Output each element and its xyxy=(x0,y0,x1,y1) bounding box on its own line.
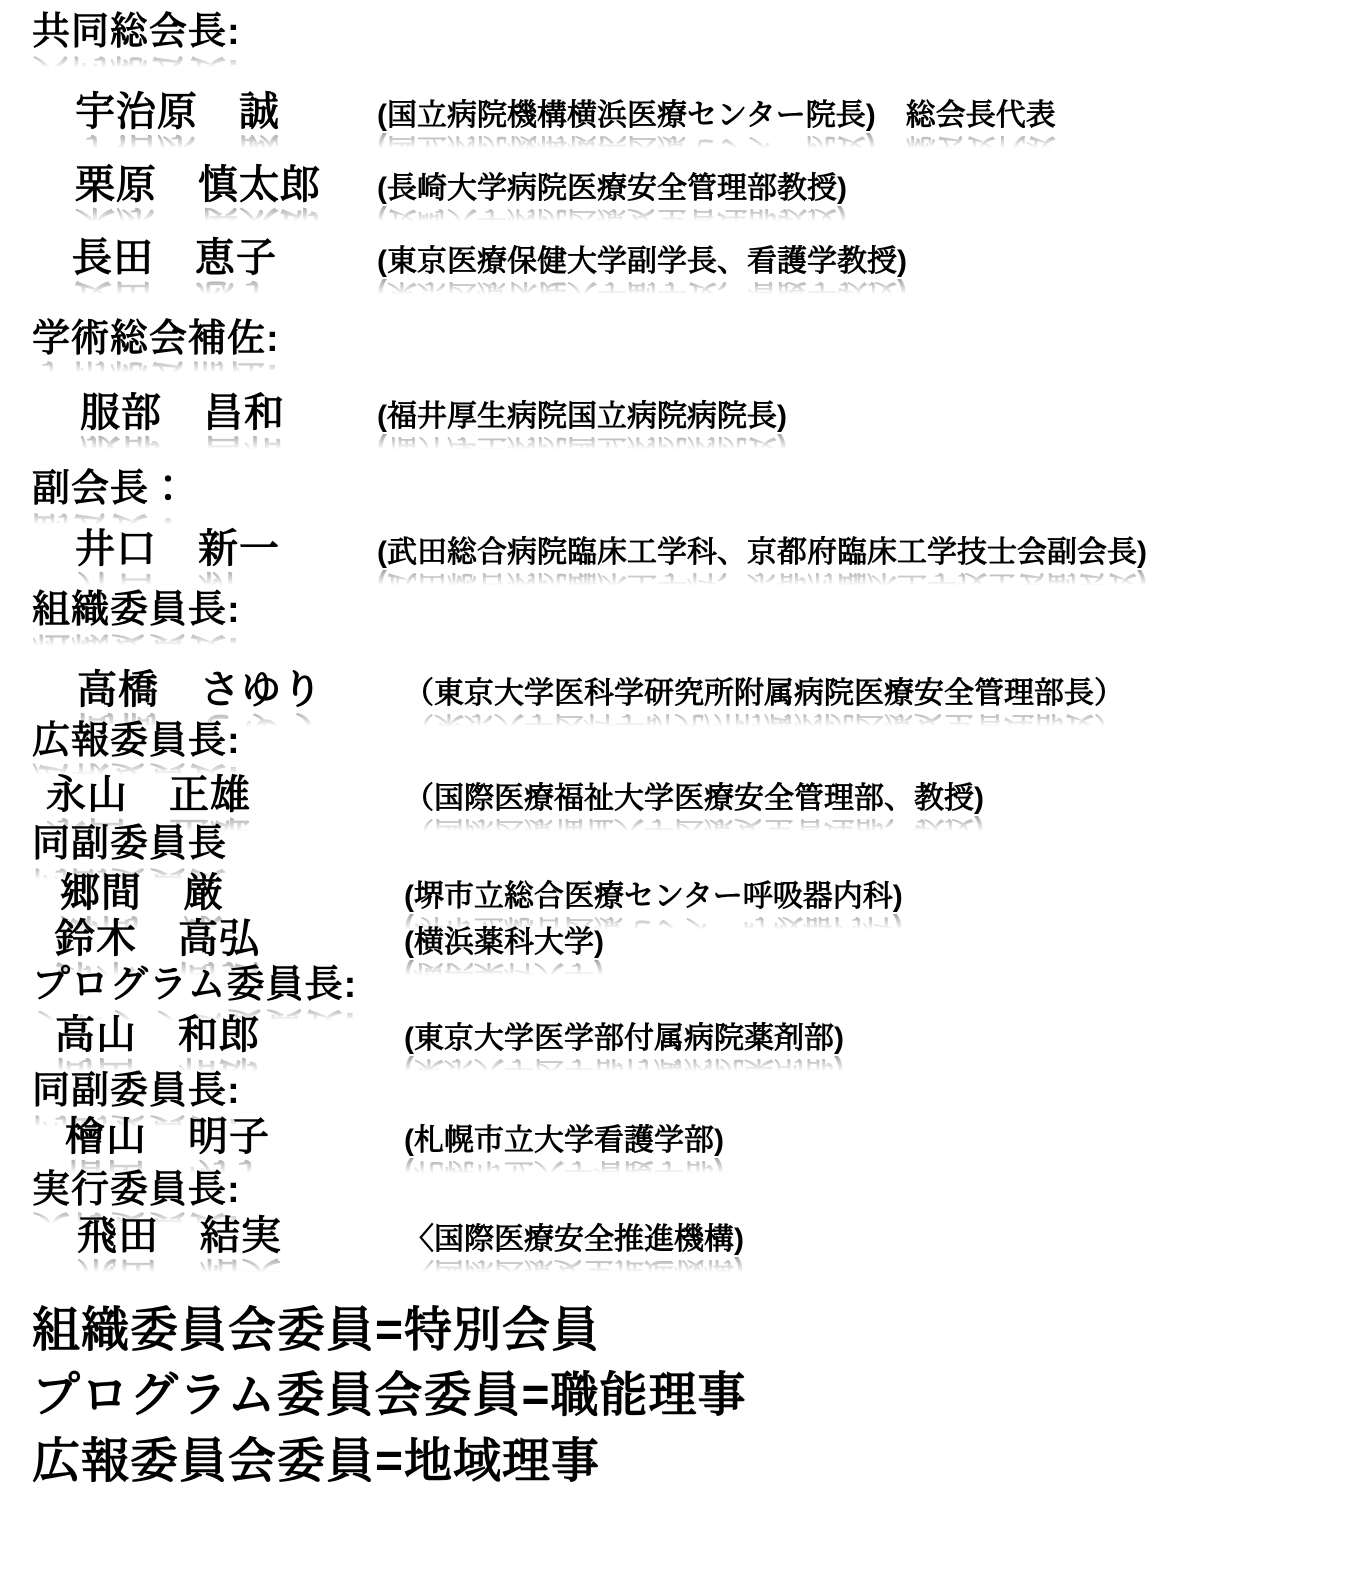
member-row: 郷間 厳 (堺市立総合医療センター呼吸器内科) xyxy=(32,870,1359,916)
role-header-executive-committee-chair: 実行委員長: xyxy=(32,1169,1359,1213)
member-name: 郷間 厳 xyxy=(32,870,404,916)
member-row: 長田 恵子 (東京医療保健大学副学長、看護学教授) xyxy=(32,235,1359,281)
member-affiliation: (東京大学医学部付属病院薬剤部) xyxy=(404,1022,844,1057)
member-row: 井口 新一 (武田総合病院臨床工学科、京都府臨床工学技士会副会長) xyxy=(32,526,1359,572)
summary-line-pr-members: 広報委員会委員=地域理事 xyxy=(32,1434,1359,1489)
member-name: 高橋 さゆり xyxy=(32,667,404,713)
committee-roster-document: 共同総会長: 宇治原 誠 (国立病院機構横浜医療センター院長) 総会長代表 栗原… xyxy=(0,0,1359,1489)
member-row: 鈴木 高弘 (横浜薬科大学) xyxy=(32,916,1359,962)
member-affiliation: (国立病院機構横浜医療センター院長) 総会長代表 xyxy=(377,99,1056,134)
member-affiliation: (堺市立総合医療センター呼吸器内科) xyxy=(404,880,903,915)
role-header-joint-presidents: 共同総会長: xyxy=(32,11,1359,55)
member-name: 高山 和郎 xyxy=(32,1012,404,1058)
member-name: 鈴木 高弘 xyxy=(32,916,404,962)
member-affiliation: (札幌市立大学看護学部) xyxy=(404,1124,724,1159)
role-header-program-committee-chair: プログラム委員長: xyxy=(32,964,1359,1008)
member-row: 服部 昌和 (福井厚生病院国立病院病院長) xyxy=(32,390,1359,436)
member-row: 高山 和郎 (東京大学医学部付属病院薬剤部) xyxy=(32,1012,1359,1058)
summary-line-program-members: プログラム委員会委員=職能理事 xyxy=(32,1368,1359,1423)
member-name: 飛田 結実 xyxy=(32,1213,404,1259)
member-affiliation: (横浜薬科大学) xyxy=(404,926,604,961)
member-row: 檜山 明子 (札幌市立大学看護学部) xyxy=(32,1114,1359,1160)
summary-line-organizing-members: 組織委員会委員=特別会員 xyxy=(32,1303,1359,1358)
member-affiliation: （東京大学医科学研究所附属病院医療安全管理部長） xyxy=(404,677,1124,712)
role-header-pr-committee-chair: 広報委員長: xyxy=(32,720,1359,764)
role-header-academic-assembly-assistant: 学術総会補佐: xyxy=(32,318,1359,362)
member-name: 栗原 慎太郎 xyxy=(32,162,377,208)
role-header-organizing-committee-chair: 組織委員長: xyxy=(32,589,1359,633)
member-affiliation: 〈国際医療安全推進機構) xyxy=(404,1223,744,1258)
member-row: 永山 正雄 （国際医療福祉大学医療安全管理部、教授) xyxy=(32,772,1359,818)
role-header-vice-president: 副会長： xyxy=(32,468,1359,512)
member-name: 檜山 明子 xyxy=(32,1114,404,1160)
member-row: 飛田 結実 〈国際医療安全推進機構) xyxy=(32,1213,1359,1259)
member-name: 長田 恵子 xyxy=(32,235,377,281)
role-header-deputy-chair: 同副委員長 xyxy=(32,823,1359,867)
member-row: 高橋 さゆり （東京大学医科学研究所附属病院医療安全管理部長） xyxy=(32,667,1359,713)
member-name: 井口 新一 xyxy=(32,526,377,572)
member-name: 服部 昌和 xyxy=(32,390,377,436)
member-affiliation: (長崎大学病院医療安全管理部教授) xyxy=(377,172,847,207)
member-row: 栗原 慎太郎 (長崎大学病院医療安全管理部教授) xyxy=(32,162,1359,208)
member-affiliation: (福井厚生病院国立病院病院長) xyxy=(377,400,787,435)
role-header-deputy-chair: 同副委員長: xyxy=(32,1070,1359,1114)
member-name: 永山 正雄 xyxy=(32,772,404,818)
member-name: 宇治原 誠 xyxy=(32,89,377,135)
member-affiliation: (武田総合病院臨床工学科、京都府臨床工学技士会副会長) xyxy=(377,536,1147,571)
member-affiliation: （国際医療福祉大学医療安全管理部、教授) xyxy=(404,782,984,817)
member-affiliation: (東京医療保健大学副学長、看護学教授) xyxy=(377,245,907,280)
member-row: 宇治原 誠 (国立病院機構横浜医療センター院長) 総会長代表 xyxy=(32,89,1359,135)
